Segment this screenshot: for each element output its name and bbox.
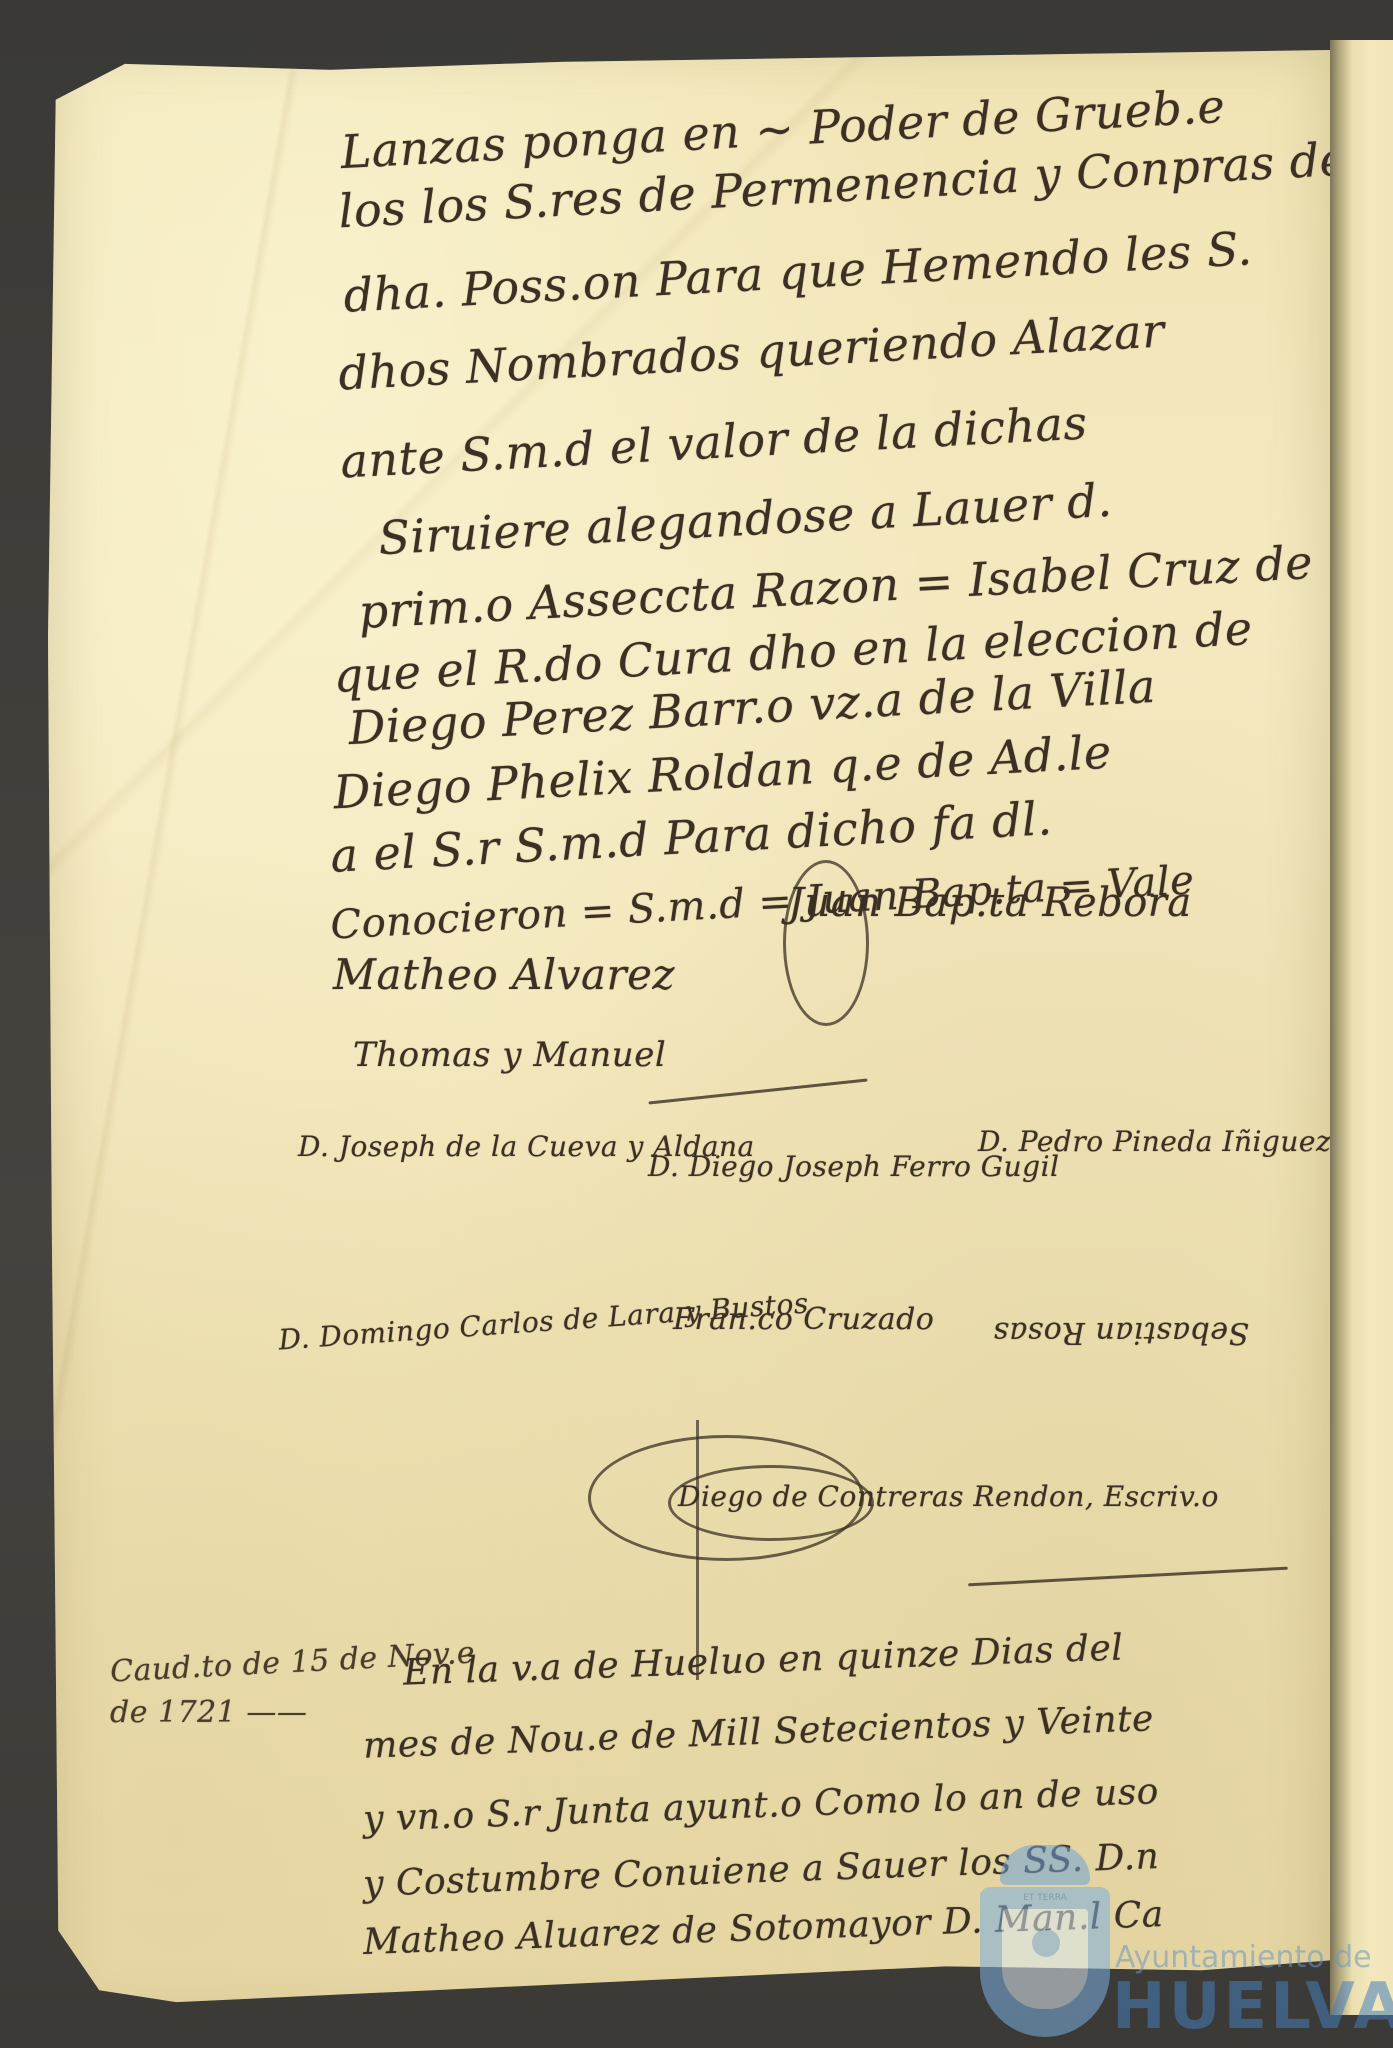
signature-matheo-alvarez: Matheo Alvarez [333, 950, 675, 999]
document-viewer: Lanzas ponga en ~ Poder de Grueb.e los l… [0, 0, 1393, 2048]
watermark-huelva: HUELVA [1112, 1970, 1393, 2044]
signature-notary: Diego de Contreras Rendon, Escriv.o [678, 1480, 1219, 1513]
margin-note-line-2: de 1721 —— [110, 1695, 307, 1730]
rubric-stroke [648, 1079, 867, 1105]
manuscript-page: Lanzas ponga en ~ Poder de Grueb.e los l… [48, 40, 1330, 2030]
signature-pedro-pineda: D. Pedro Pineda Iñiguez [978, 1125, 1331, 1158]
closing-line-3: y vn.o S.r Junta ayunt.o Como lo an de u… [363, 1771, 1160, 1840]
body-line-5: ante S.m.d el valor de la dichas [339, 395, 1089, 488]
signature-flourish [783, 860, 869, 1026]
crown-icon [1000, 1845, 1090, 1885]
rubric-vertical-line [696, 1420, 699, 1680]
huelva-coat-of-arms-watermark: ET TERRA [980, 1845, 1110, 2045]
adjacent-page-edge [1330, 40, 1393, 2015]
closing-line-1: En la v.a de Hueluo en quinze Dias del [403, 1627, 1124, 1693]
signature-sebastian-rosas: Sebastian Rosas [993, 1315, 1249, 1350]
seal-motto: ET TERRA [980, 1893, 1110, 1903]
signature-francisco-cruzado: Fran.co Cruzado [673, 1302, 934, 1337]
tree-icon [1032, 1929, 1060, 1957]
signature-thomas-manuel: Thomas y Manuel [353, 1035, 666, 1075]
closing-line-2: mes de Nou.e de Mill Setecientos y Veint… [363, 1698, 1155, 1767]
body-line-4: dhos Nombrados queriendo Alazar [337, 303, 1166, 400]
shield-icon: ET TERRA [980, 1887, 1110, 2037]
notary-underline [968, 1567, 1288, 1587]
